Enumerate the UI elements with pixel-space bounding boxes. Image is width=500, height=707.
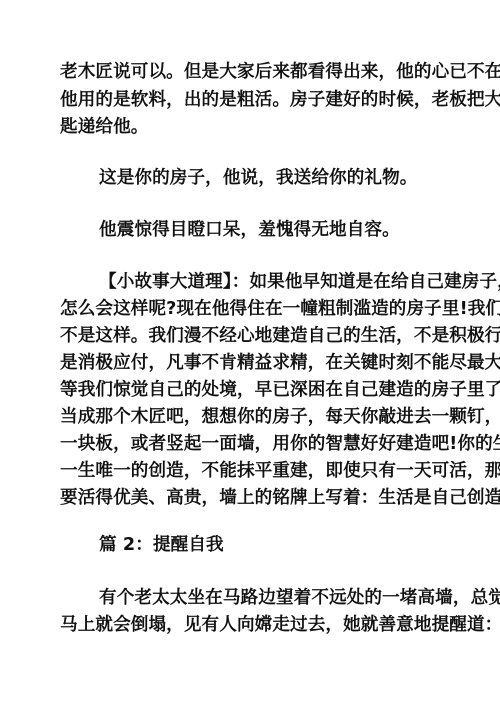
document-page: 老木匠说可以。但是大家后来都看得出来，他的心已不在工作上， 他用的是软料，出的是… bbox=[0, 0, 500, 707]
text-line: 一块板，或者竖起一面墙，用你的智慧好好建造吧!你的生活是你 bbox=[60, 433, 450, 455]
text-line: 当成那个木匠吧，想想你的房子，每天你敲进去一颗钉，加上去 bbox=[60, 406, 450, 428]
text-line: 这是你的房子，他说，我送给你的礼物。 bbox=[99, 167, 489, 189]
text-line: 是消极应付，凡事不肯精益求精，在关键时刻不能尽最大努力。 bbox=[60, 352, 450, 374]
text-line: 怎么会这样呢?现在他得住在一幢粗制滥造的房子里!我们又何尝 bbox=[60, 298, 450, 320]
text-line: 匙递给他。 bbox=[60, 116, 450, 138]
text-line: 不是这样。我们漫不经心地建造自己的生活，不是积极行动，而 bbox=[60, 325, 450, 347]
text-line: 他用的是软料，出的是粗活。房子建好的时候，老板把大门的钥 bbox=[60, 89, 450, 111]
text-line: 一生唯一的创造，不能抹平重建，即使只有一天可活，那一天也 bbox=[60, 460, 450, 482]
text-line: 马上就会倒塌，见有人向嫦走过去，她就善意地提醒道：那堵墙 bbox=[60, 614, 450, 636]
text-line: 【小故事大道理】：如果他早知道是在给自己建房子，他 bbox=[99, 271, 489, 293]
text-line: 他震惊得目瞪口呆，羞愧得无地自容。 bbox=[99, 219, 489, 241]
text-line: 等我们惊觉自己的处境，早已深困在自己建造的房子里了。把你 bbox=[60, 379, 450, 401]
text-line: 要活得优美、高贵，墙上的铭牌上写着：生活是自己创造的! bbox=[60, 487, 450, 509]
heading-text: 篇 2：提醒自我 bbox=[99, 534, 489, 556]
text-line: 有个老太太坐在马路边望着不远处的一堵高墙，总觉得它 bbox=[99, 587, 489, 609]
text-line: 老木匠说可以。但是大家后来都看得出来，他的心已不在工作上， bbox=[60, 61, 450, 83]
